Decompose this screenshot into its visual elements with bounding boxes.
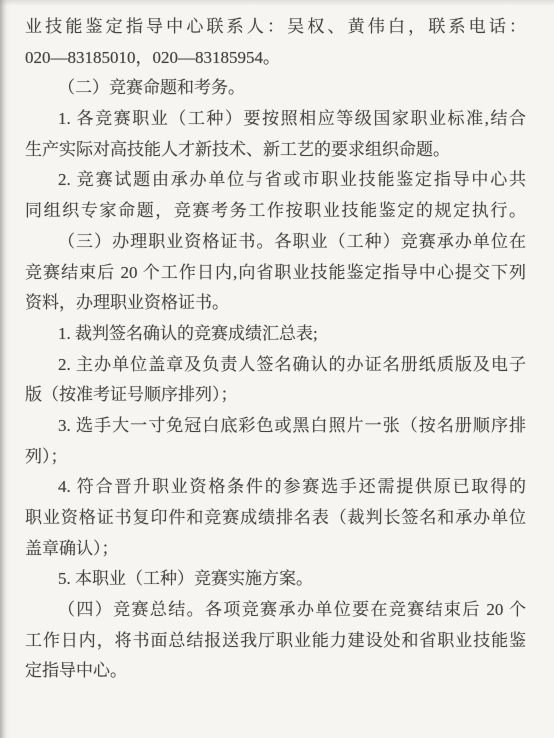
text-line-17: 职业资格证书复印件和竞赛成绩排名表（裁判长签名和承办单位 [25,503,526,534]
document-text-block: 业技能鉴定指导中心联系人：吴权、黄伟白，联系电话：020—83185010，02… [25,12,526,687]
text-line-13: 版（按准考证号顺序排列）； [25,380,526,411]
text-line-2: 020—83185010，020—83185954。 [25,43,526,74]
text-line-22: 定指导中心。 [25,656,526,687]
text-line-14: 3. 选手大一寸免冠白底彩色或黑白照片一张（按名册顺序排 [25,411,526,442]
text-line-16: 4. 符合晋升职业资格条件的参赛选手还需提供原已取得的 [25,472,526,503]
text-line-3: （二）竞赛命题和考务。 [25,73,526,104]
text-line-1: 业技能鉴定指导中心联系人：吴权、黄伟白，联系电话： [25,12,526,43]
text-line-15: 列）； [25,442,526,473]
text-line-7: 同组织专家命题，竞赛考务工作按职业技能鉴定的规定执行。 [25,196,526,227]
text-line-9: 竞赛结束后 20 个工作日内,向省职业技能鉴定指导中心提交下列 [25,258,526,289]
text-line-19: 5. 本职业（工种）竞赛实施方案。 [25,564,526,595]
text-line-20: （四）竞赛总结。各项竞赛承办单位要在竞赛结束后 20 个 [25,595,526,626]
text-line-5: 生产实际对高技能人才新技术、新工艺的要求组织命题。 [25,135,526,166]
text-line-10: 资料，办理职业资格证书。 [25,288,526,319]
document-page: 业技能鉴定指导中心联系人：吴权、黄伟白，联系电话：020—83185010，02… [0,0,554,738]
text-line-12: 2. 主办单位盖章及负责人签名确认的办证名册纸质版及电子 [25,350,526,381]
text-line-21: 工作日内，将书面总结报送我厅职业能力建设处和省职业技能鉴 [25,626,526,657]
text-line-4: 1. 各竞赛职业（工种）要按照相应等级国家职业标准,结合 [25,104,526,135]
scan-edge-left [0,0,11,738]
text-line-8: （三）办理职业资格证书。各职业（工种）竞赛承办单位在 [25,227,526,258]
text-line-11: 1. 裁判签名确认的竞赛成绩汇总表; [25,319,526,350]
text-line-18: 盖章确认）； [25,534,526,565]
text-line-6: 2. 竞赛试题由承办单位与省或市职业技能鉴定指导中心共 [25,165,526,196]
scan-edge-top [0,0,554,6]
